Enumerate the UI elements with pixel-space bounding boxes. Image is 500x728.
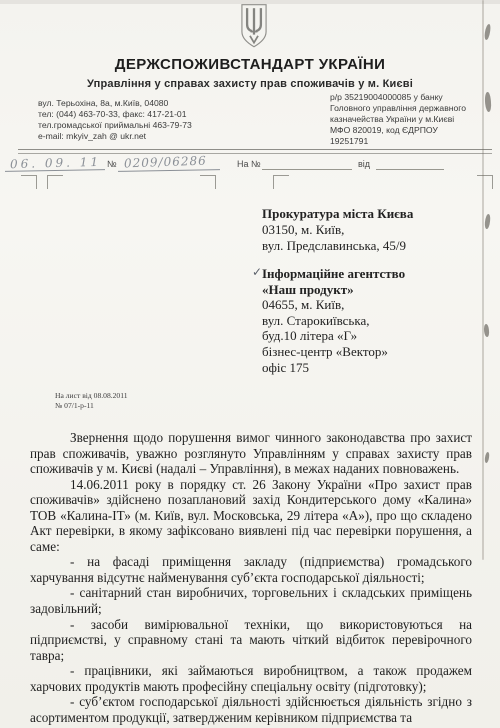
scan-blot	[484, 214, 490, 229]
recipient-name: Прокуратура міста Києва	[262, 206, 413, 222]
scan-edge-shadow	[482, 0, 484, 560]
recipient-street: вул. Старокиївська,	[262, 313, 405, 329]
scan-blot	[484, 452, 489, 463]
recipient-business-center: бізнес-центр «Вектор»	[262, 344, 405, 360]
bank-name-1: Головного управління державного	[330, 103, 466, 114]
bank-edrpou: 19251791	[330, 136, 466, 147]
scan-edge-smudge	[0, 0, 500, 4]
body-bullet: - на фасаді приміщення закладу (підприєм…	[30, 554, 472, 585]
bank-name-2: казначейства України у м.Києві	[330, 114, 466, 125]
corner-mark	[477, 175, 493, 189]
recipient-postal-code: 04655, м. Київ,	[262, 297, 405, 313]
recipient-office: офіс 175	[262, 360, 405, 376]
bank-mfo: МФО 820019, код ЄДРПОУ	[330, 125, 466, 136]
incoming-number-blank	[262, 169, 352, 170]
scan-blot	[484, 92, 492, 113]
contact-phone: тел: (044) 463-70-33, факс: 417-21-01	[38, 109, 192, 120]
ukraine-trident-emblem-icon	[237, 3, 271, 49]
reply-reference-number: № 07/1-р-11	[55, 401, 128, 411]
header-divider	[18, 149, 492, 154]
body-paragraph: 14.06.2011 року в порядку ст. 26 Закону …	[30, 477, 472, 555]
recipient-news-agency-block: ✓ Інформаційне агентство «Наш продукт» 0…	[262, 266, 405, 375]
from-date-label: від	[358, 159, 370, 169]
incoming-number-label: На №	[237, 159, 261, 169]
recipient-name-2: «Наш продукт»	[262, 282, 405, 298]
handwritten-number: 0209/06286	[124, 154, 207, 171]
org-name: ДЕРЖСПОЖИВСТАНДАРТ УКРАЇНИ	[0, 56, 500, 73]
reply-reference-date: На лист від 08.08.2011	[55, 391, 128, 401]
recipient-street: вул. Предславинська, 45/9	[262, 238, 413, 254]
contact-address: вул. Терьохіна, 8а, м.Київ, 04080	[38, 98, 192, 109]
recipient-postal-code: 03150, м. Київ,	[262, 222, 413, 238]
body-bullet: - санітарний стан виробничих, торговельн…	[30, 585, 472, 616]
scanned-letter-page: ДЕРЖСПОЖИВСТАНДАРТ УКРАЇНИ Управління у …	[0, 0, 500, 728]
registration-row: 06. 09. 11 № 0209/06286 На № від	[0, 155, 500, 175]
body-bullet: - працівники, які займаються виробництво…	[30, 663, 472, 694]
bank-details-block: р/р 35219004000085 у банку Головного упр…	[330, 92, 466, 147]
body-bullet: - засоби вимірювальної техніки, що викор…	[30, 617, 472, 664]
recipient-building: буд.10 літера «Г»	[262, 328, 405, 344]
body-bullet: - суб’єктом господарської діяльності зді…	[30, 694, 472, 725]
recipient-prosecutor-block: Прокуратура міста Києва 03150, м. Київ, …	[262, 206, 413, 254]
scan-blot	[483, 324, 490, 338]
corner-mark	[200, 175, 216, 189]
number-label: №	[107, 159, 117, 169]
corner-mark	[47, 175, 63, 189]
letter-body: Звернення щодо порушення вимог чинного з…	[30, 430, 472, 725]
reply-reference-block: На лист від 08.08.2011 № 07/1-р-11	[55, 391, 128, 410]
bank-account: р/р 35219004000085 у банку	[330, 92, 466, 103]
corner-mark	[21, 175, 37, 189]
contact-email: e-mail: mkyiv_zah @ ukr.net	[38, 131, 192, 142]
handwritten-checkmark: ✓	[252, 265, 262, 281]
recipient-name: Інформаційне агентство	[262, 266, 405, 282]
contact-reception-phone: тел.громадської приймальні 463-79-73	[38, 120, 192, 131]
scan-blot	[484, 24, 491, 41]
from-date-blank	[376, 169, 444, 170]
org-division: Управління у справах захисту прав спожив…	[0, 78, 500, 90]
contact-block: вул. Терьохіна, 8а, м.Київ, 04080 тел: (…	[38, 98, 192, 142]
body-paragraph: Звернення щодо порушення вимог чинного з…	[30, 430, 472, 477]
corner-mark	[273, 175, 289, 189]
